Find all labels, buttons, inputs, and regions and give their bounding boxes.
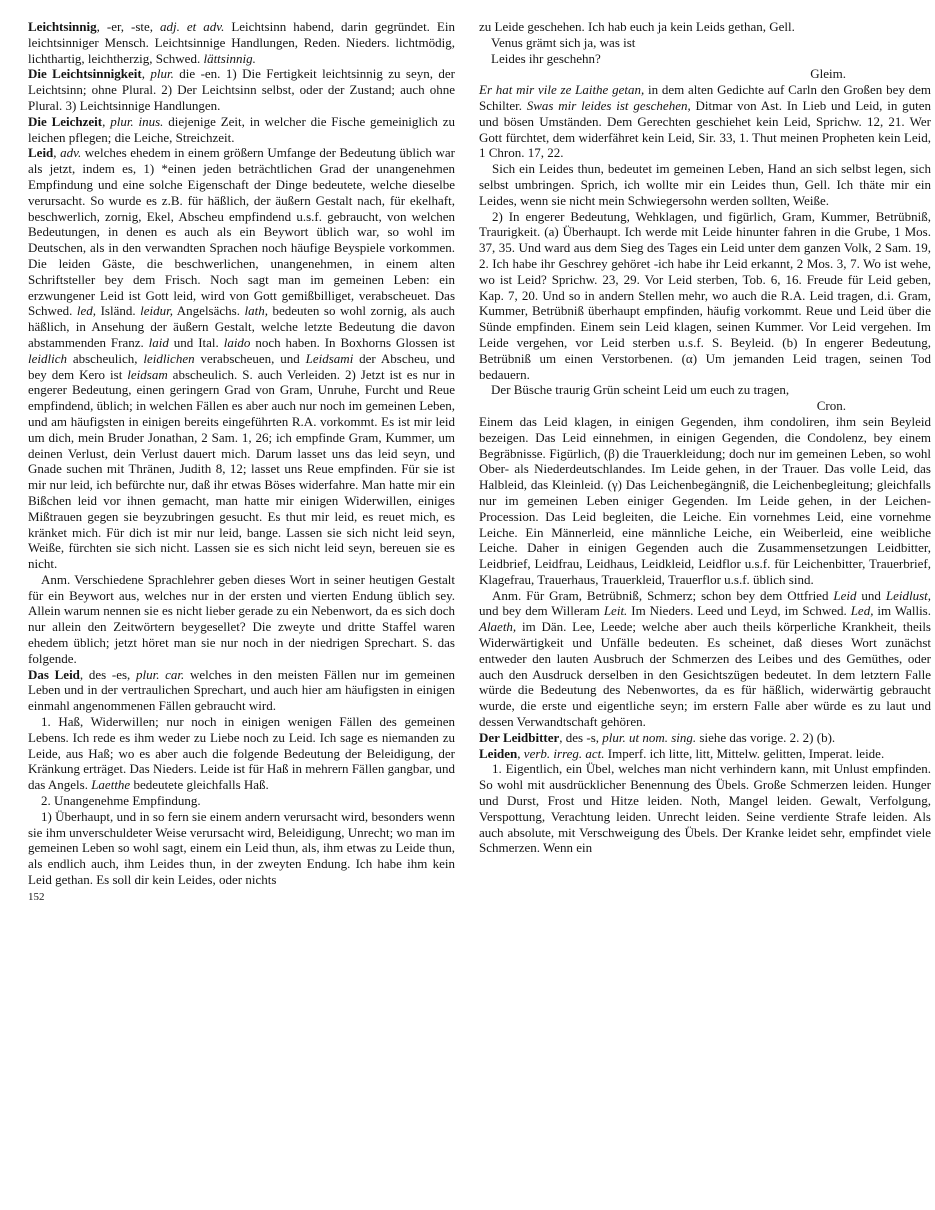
text-run: Leidsami: [306, 351, 354, 366]
text-run: 1) Überhaupt, und in so fern sie einem a…: [28, 809, 455, 887]
right-column-text: zu Leide geschehen. Ich hab euch ja kein…: [479, 19, 931, 856]
text-run: Leichtsinnig: [28, 19, 97, 34]
right-column: zu Leide geschehen. Ich hab euch ja kein…: [479, 19, 931, 905]
text-run: zu Leide geschehen. Ich hab euch ja kein…: [479, 19, 795, 34]
paragraph-eigentlich-uebel: 1. Eigentlich, ein Übel, welches man nic…: [479, 761, 931, 856]
text-run: adj. et adv.: [160, 19, 224, 34]
text-run: verabscheuen, und: [195, 351, 306, 366]
text-run: leidlich: [28, 351, 67, 366]
left-column-text: Leichtsinnig, -er, -ste, adj. et adv. Le…: [28, 19, 455, 888]
text-run: lath,: [244, 303, 267, 318]
text-run: Er hat mir vile ze Laithe getan,: [479, 82, 644, 97]
text-run: Swas mir leides ist geschehen,: [527, 98, 691, 113]
verse-line: Der Büsche traurig Grün scheint Leid um …: [479, 382, 931, 398]
text-run: led,: [77, 303, 96, 318]
text-run: Leid: [28, 145, 53, 160]
text-run: plur.: [150, 66, 173, 81]
entry-leichtsinnig: Leichtsinnig, -er, -ste, adj. et adv. Le…: [28, 19, 455, 66]
text-run: bedeutete gleichfalls Haß.: [130, 777, 269, 792]
left-column: Leichtsinnig, -er, -ste, adj. et adv. Le…: [28, 19, 455, 905]
paragraph-engere-bedeutung: 2) In engerer Bedeutung, Wehklagen, und …: [479, 209, 931, 383]
text-run: lättsinnig.: [203, 51, 255, 66]
text-run: Der Büsche traurig Grün scheint Leid um …: [491, 382, 789, 397]
text-run: und: [857, 588, 886, 603]
text-run: leidsam: [127, 367, 167, 382]
text-run: 2. Unangenehme Empfindung.: [41, 793, 201, 808]
text-run: Im Nieders. Leed und Leyd, im Schwed.: [627, 603, 850, 618]
text-run: Die Leichzeit: [28, 114, 102, 129]
text-run: Der Leidbitter: [479, 730, 559, 745]
text-run: laido: [224, 335, 251, 350]
text-run: Leit.: [604, 603, 627, 618]
text-run: Imperf. ich litte, litt, Mittelw. gelitt…: [605, 746, 885, 761]
entry-leiden: Leiden, verb. irreg. act. Imperf. ich li…: [479, 746, 931, 762]
entry-die-leichzeit: Die Leichzeit, plur. inus. diejenige Zei…: [28, 114, 455, 146]
paragraph-er-hat-mir: Er hat mir vile ze Laithe getan, in dem …: [479, 82, 931, 161]
text-run: abscheulich. S. auch Verleiden. 2) Jetzt…: [28, 367, 455, 572]
text-run: leidur,: [140, 303, 173, 318]
paragraph-anm-gram: Anm. Für Gram, Betrübniß, Schmerz; schon…: [479, 588, 931, 730]
paragraph-sich-ein-leides-thun: Sich ein Leides thun, bedeutet im gemein…: [479, 161, 931, 208]
paragraph-hass-widerwillen: 1. Haß, Widerwillen; nur noch in einigen…: [28, 714, 455, 793]
text-run: plur. ut nom. sing.: [602, 730, 696, 745]
page-number: 152: [28, 890, 455, 905]
text-run: Isländ.: [96, 303, 140, 318]
text-run: und Ital.: [169, 335, 224, 350]
text-run: verb. irreg. act.: [524, 746, 605, 761]
text-run: , -er, -ste,: [97, 19, 160, 34]
text-run: Leidlust,: [886, 588, 931, 603]
paragraph-einem-das-leid-klagen: Einem das Leid klagen, in einigen Gegend…: [479, 414, 931, 588]
text-run: laid: [149, 335, 169, 350]
paragraph-anm-leid: Anm. Verschiedene Sprachlehrer geben die…: [28, 572, 455, 667]
text-run: und bey dem Willeram: [479, 603, 604, 618]
paragraph-ueberhaupt: 1) Überhaupt, und in so fern sie einem a…: [28, 809, 455, 888]
text-run: Venus grämt sich ja, was ist: [491, 35, 635, 50]
text-run: Einem das Leid klagen, in einigen Gegend…: [479, 414, 931, 587]
text-run: plur. inus.: [110, 114, 163, 129]
text-run: , des -s,: [559, 730, 602, 745]
text-run: im Wallis.: [873, 603, 931, 618]
text-run: Led,: [851, 603, 874, 618]
text-run: Sich ein Leides thun, bedeutet im gemein…: [479, 161, 931, 208]
text-run: Cron.: [817, 398, 846, 413]
text-run: , des -es,: [80, 667, 136, 682]
text-run: Anm. Für Gram, Betrübniß, Schmerz; schon…: [492, 588, 833, 603]
entry-leid-adv: Leid, adv. welches ehedem in einem größe…: [28, 145, 455, 572]
text-run: im Dän. Lee, Leede; welche aber auch the…: [479, 619, 931, 729]
text-run: leidlichen: [143, 351, 194, 366]
text-run: 2) In engerer Bedeutung, Wehklagen, und …: [479, 209, 931, 382]
text-run: noch haben. In Boxhorns Glossen ist: [250, 335, 455, 350]
text-run: Die Leichtsinnigkeit: [28, 66, 142, 81]
paragraph-continuation: zu Leide geschehen. Ich hab euch ja kein…: [479, 19, 931, 35]
text-run: abscheulich,: [67, 351, 143, 366]
verse-attribution-cron: Cron.: [479, 398, 931, 414]
entry-die-leichtsinnigkeit: Die Leichtsinnigkeit, plur. die -en. 1) …: [28, 66, 455, 113]
verse-attribution-gleim: Gleim.: [479, 66, 931, 82]
text-run: siehe das vorige. 2. 2) (b).: [696, 730, 835, 745]
entry-das-leid: Das Leid, des -es, plur. car. welches in…: [28, 667, 455, 714]
verse-line: Venus grämt sich ja, was ist: [479, 35, 931, 51]
text-run: Alaeth,: [479, 619, 516, 634]
paragraph-unangenehme-empfindung: 2. Unangenehme Empfindung.: [28, 793, 455, 809]
dictionary-page: Leichtsinnig, -er, -ste, adj. et adv. Le…: [0, 0, 935, 905]
text-run: 1. Eigentlich, ein Übel, welches man nic…: [479, 761, 931, 855]
text-run: ,: [102, 114, 110, 129]
text-run: adv.: [60, 145, 81, 160]
verse-line: Leides ihr geschehn?: [479, 51, 931, 67]
text-run: Leiden: [479, 746, 517, 761]
text-run: Anm. Verschiedene Sprachlehrer geben die…: [28, 572, 455, 666]
text-run: Gleim.: [810, 66, 846, 81]
text-run: Leid: [833, 588, 856, 603]
text-run: Laetthe: [91, 777, 130, 792]
text-run: Leides ihr geschehn?: [491, 51, 601, 66]
text-run: plur. car.: [136, 667, 184, 682]
text-run: Das Leid: [28, 667, 80, 682]
text-run: welches ehedem in einem größern Umfange …: [28, 145, 455, 318]
entry-der-leidbitter: Der Leidbitter, des -s, plur. ut nom. si…: [479, 730, 931, 746]
text-run: Angelsächs.: [173, 303, 245, 318]
